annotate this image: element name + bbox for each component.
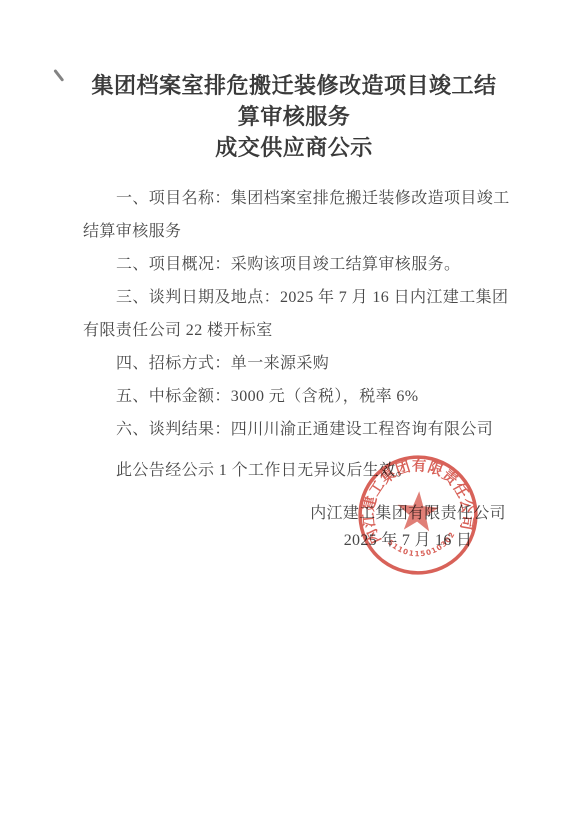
body-line-negotiation-date: 三、谈判日期及地点：2025 年 7 月 16 日内江建工集团 [83,281,507,314]
announcement-document: 集团档案室排危搬迁装修改造项目竣工结 算审核服务 成交供应商公示 一、项目名称：… [0,0,588,834]
body-line-negotiation-result: 六、谈判结果：四川川渝正通建设工程咨询有限公司 [83,413,507,446]
effective-notice: 此公告经公示 1 个工作日无异议后生效。 [83,454,507,487]
body-line-award-amount: 五、中标金额：3000 元（含税），税率 6% [83,380,507,413]
body-line-project-name-cont: 结算审核服务 [83,215,507,248]
title-line-1: 集团档案室排危搬迁装修改造项目竣工结 [0,70,588,101]
title-line-3: 成交供应商公示 [0,132,588,163]
title-line-2: 算审核服务 [0,101,588,132]
body-line-project-name: 一、项目名称：集团档案室排危搬迁装修改造项目竣工 [83,182,507,215]
signature-date: 2025 年 7 月 16 日 [306,527,510,554]
body-line-negotiation-date-cont: 有限责任公司 22 楼开标室 [83,314,507,347]
body-line-bidding-method: 四、招标方式：单一来源采购 [83,347,507,380]
body-line-project-overview: 二、项目概况：采购该项目竣工结算审核服务。 [83,248,507,281]
signature-block: 内江建工集团有限责任公司 2025 年 7 月 16 日 [306,500,510,554]
document-body: 一、项目名称：集团档案室排危搬迁装修改造项目竣工 结算审核服务 二、项目概况：采… [83,182,507,446]
page-title: 集团档案室排危搬迁装修改造项目竣工结 算审核服务 成交供应商公示 [0,70,588,163]
signature-company: 内江建工集团有限责任公司 [306,500,510,527]
